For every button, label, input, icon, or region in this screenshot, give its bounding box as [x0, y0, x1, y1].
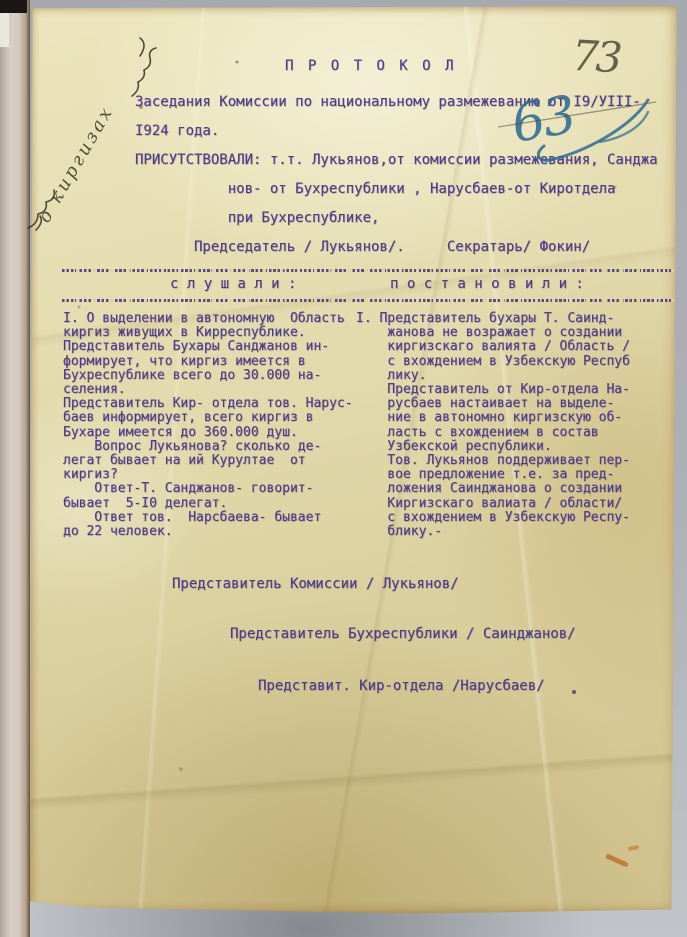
document-page: П Р О Т О К О Л Заседания Комиссии по на…: [30, 6, 678, 914]
signature-commission: Представитель Комиссии / Лукьянов/: [172, 576, 459, 592]
rust-stain: [605, 853, 629, 867]
page-edge-highlight: [0, 13, 9, 47]
protocol-intro: Заседания Комиссии по национальному разм…: [135, 88, 658, 262]
folio-number-handwritten: 73: [571, 31, 621, 82]
resolved-column-header: п о с т а н о в и л и :: [390, 276, 584, 292]
resolved-column: I. Представитель бухары Т. Саинд- жанова…: [356, 312, 630, 539]
blue-folio-number-handwritten: 63: [507, 85, 579, 155]
ink-dot: [572, 690, 576, 694]
protocol-title: П Р О Т О К О Л: [285, 58, 456, 74]
paper-specks: [30, 6, 32, 8]
signature-kirotdel: Представит. Кир-отдела /Нарусбаев/: [258, 678, 545, 694]
dashed-rule-top: [62, 269, 674, 272]
rust-stain-small: [628, 845, 640, 851]
signature-bukhrespublika: Представитель Бухреспублики / Саинджанов…: [230, 626, 576, 642]
dashed-rule-bottom: [62, 299, 674, 302]
binding-edge: [0, 0, 30, 937]
heard-column: I. О выделении в автономную Область кирг…: [63, 312, 353, 539]
heard-column-header: с л у ш а л и :: [170, 276, 296, 292]
corner-shadow: [0, 0, 27, 13]
scanned-document-photo: П Р О Т О К О Л Заседания Комиссии по на…: [0, 0, 687, 937]
